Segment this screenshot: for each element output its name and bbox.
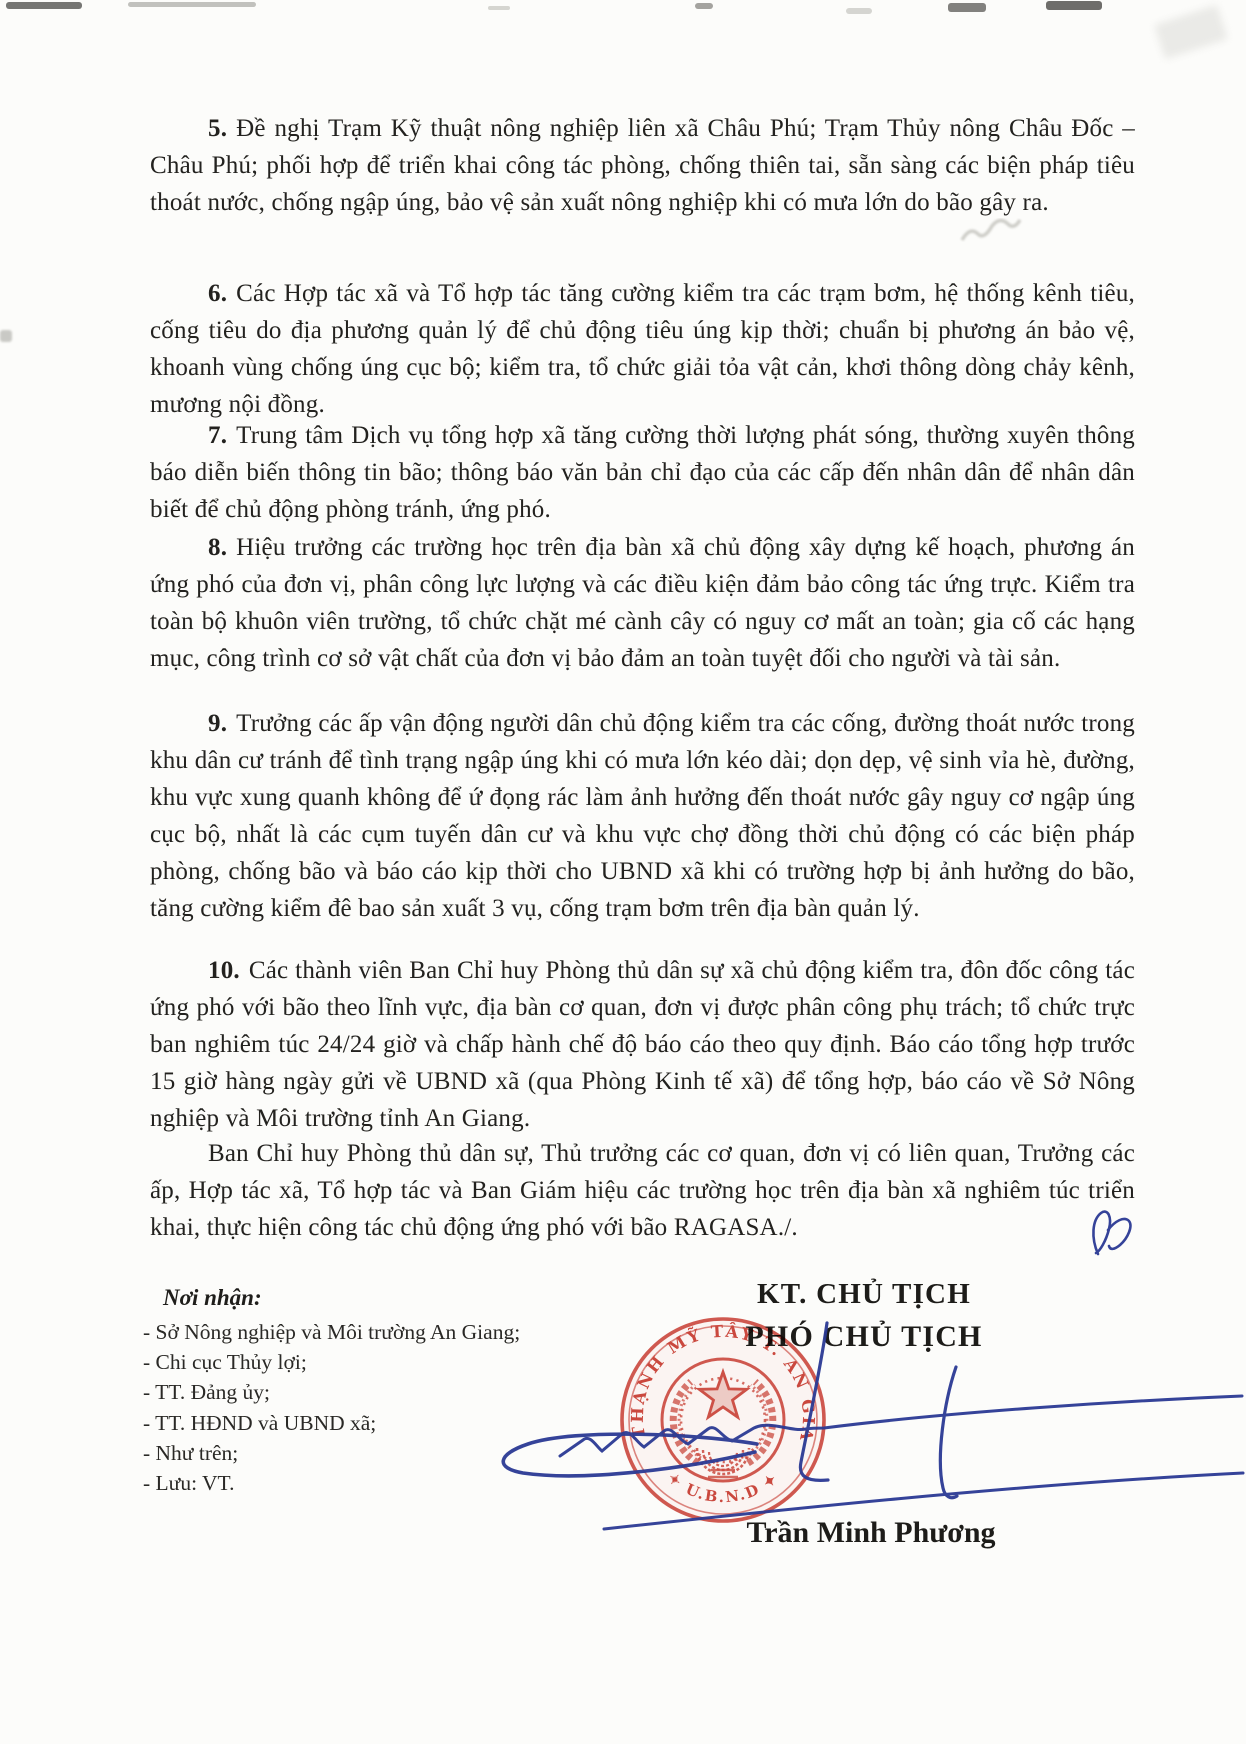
signature-title-kt: KT. CHỦ TỊCH bbox=[664, 1278, 1064, 1311]
closing-paragraph-text: Ban Chỉ huy Phòng thủ dân sự, Thủ trưởng… bbox=[150, 1140, 1135, 1241]
scan-artifact-top-left bbox=[6, 2, 82, 9]
paragraph-7-text: Trung tâm Dịch vụ tổng hợp xã tăng cường… bbox=[150, 422, 1135, 523]
recipient-item: - TT. HĐND và UBND xã; bbox=[143, 1408, 520, 1438]
paragraph-10-number: 10. bbox=[208, 957, 240, 984]
recipient-item: - Chi cục Thủy lợi; bbox=[143, 1347, 520, 1377]
paragraph-8-number: 8. bbox=[208, 534, 227, 561]
paragraph-5: 5.Đề nghị Trạm Kỹ thuật nông nghiệp liên… bbox=[150, 110, 1135, 221]
paragraph-9-number: 9. bbox=[208, 710, 227, 737]
recipient-item: - Sở Nông nghiệp và Môi trường An Giang; bbox=[143, 1317, 520, 1347]
paragraph-10: 10.Các thành viên Ban Chỉ huy Phòng thủ … bbox=[150, 952, 1135, 1137]
recipient-item: - Như trên; bbox=[143, 1438, 520, 1468]
scan-artifact-top-4 bbox=[846, 8, 872, 14]
bleed-through-artifact bbox=[962, 220, 1020, 240]
paragraph-10-text: Các thành viên Ban Chỉ huy Phòng thủ dân… bbox=[150, 957, 1135, 1132]
paragraph-7: 7.Trung tâm Dịch vụ tổng hợp xã tăng cườ… bbox=[150, 417, 1135, 528]
signature-title-pho: PHÓ CHỦ TỊCH bbox=[664, 1320, 1064, 1354]
closing-paragraph: Ban Chỉ huy Phòng thủ dân sự, Thủ trưởng… bbox=[150, 1135, 1135, 1246]
scan-artifact-top-5 bbox=[948, 3, 986, 12]
scanned-document-page: 5.Đề nghị Trạm Kỹ thuật nông nghiệp liên… bbox=[0, 0, 1246, 1744]
paragraph-5-text: Đề nghị Trạm Kỹ thuật nông nghiệp liên x… bbox=[150, 115, 1135, 216]
paragraph-5-number: 5. bbox=[208, 115, 227, 142]
svg-text:✦ U.B.N.D ✦: ✦ U.B.N.D ✦ bbox=[664, 1469, 782, 1506]
signer-name: Trần Minh Phương bbox=[671, 1516, 1071, 1550]
paragraph-9-text: Trưởng các ấp vận động người dân chủ độn… bbox=[150, 710, 1135, 922]
scan-artifact-top-3 bbox=[695, 3, 713, 9]
recipient-item: - TT. Đảng ủy; bbox=[143, 1377, 520, 1407]
paragraph-6: 6.Các Hợp tác xã và Tổ hợp tác tăng cườn… bbox=[150, 275, 1135, 423]
paragraph-8: 8.Hiệu trưởng các trường học trên địa bà… bbox=[150, 529, 1135, 677]
paragraph-6-number: 6. bbox=[208, 280, 227, 307]
seal-bottom-text: ✦ U.B.N.D ✦ bbox=[664, 1469, 782, 1506]
paragraph-8-text: Hiệu trưởng các trường học trên địa bàn … bbox=[150, 534, 1135, 672]
scan-artifact-top-2 bbox=[488, 6, 510, 10]
recipients-list: - Sở Nông nghiệp và Môi trường An Giang;… bbox=[143, 1317, 520, 1498]
paragraph-9: 9.Trưởng các ấp vận động người dân chủ đ… bbox=[150, 705, 1135, 927]
recipients-label: Nơi nhận: bbox=[163, 1285, 262, 1311]
paragraph-7-number: 7. bbox=[208, 422, 227, 449]
paragraph-6-text: Các Hợp tác xã và Tổ hợp tác tăng cường … bbox=[150, 280, 1135, 418]
scan-artifact-corner-streak bbox=[1154, 5, 1228, 60]
scan-artifact-top-right bbox=[1046, 1, 1102, 10]
national-emblem-star bbox=[699, 1372, 747, 1417]
scan-artifact-top-1 bbox=[128, 2, 256, 7]
scan-artifact-left-edge bbox=[0, 330, 12, 342]
recipient-item: - Lưu: VT. bbox=[143, 1468, 520, 1498]
